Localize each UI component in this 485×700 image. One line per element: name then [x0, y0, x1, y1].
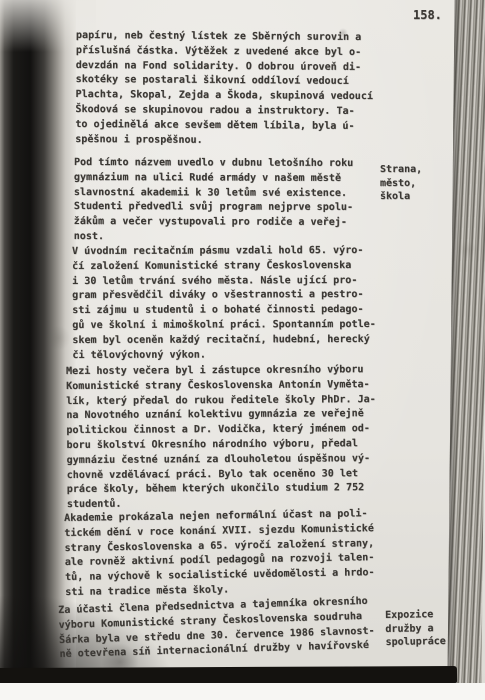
paragraph-6: Za účasti člena předsednictva a tajemník… [58, 595, 375, 664]
paragraph-5: Akademie prokázala nejen neformální účas… [64, 507, 375, 601]
paragraph-2: Pod tímto názvem uvedlo v dubnu letošníh… [74, 156, 354, 246]
book-page-edges [447, 0, 485, 686]
margin-note-friendship-expo: Expozice družby a spolupráce [385, 608, 446, 650]
scan-bottom-margin [0, 683, 485, 700]
paragraph-3: V úvodním recitačním pásmu vzdali hold 6… [72, 244, 376, 363]
paragraph-1: papíru, neb čestný lístek ze Sběrných su… [75, 29, 373, 149]
paragraph-4: Mezi hosty večera byl i zástupce okresní… [66, 363, 377, 513]
page-number: 158. [413, 8, 442, 22]
scanned-page: 158. papíru, neb čestný lístek ze Sběrný… [0, 0, 485, 700]
margin-note-party-town-school: Strana, město, škola [380, 163, 422, 204]
